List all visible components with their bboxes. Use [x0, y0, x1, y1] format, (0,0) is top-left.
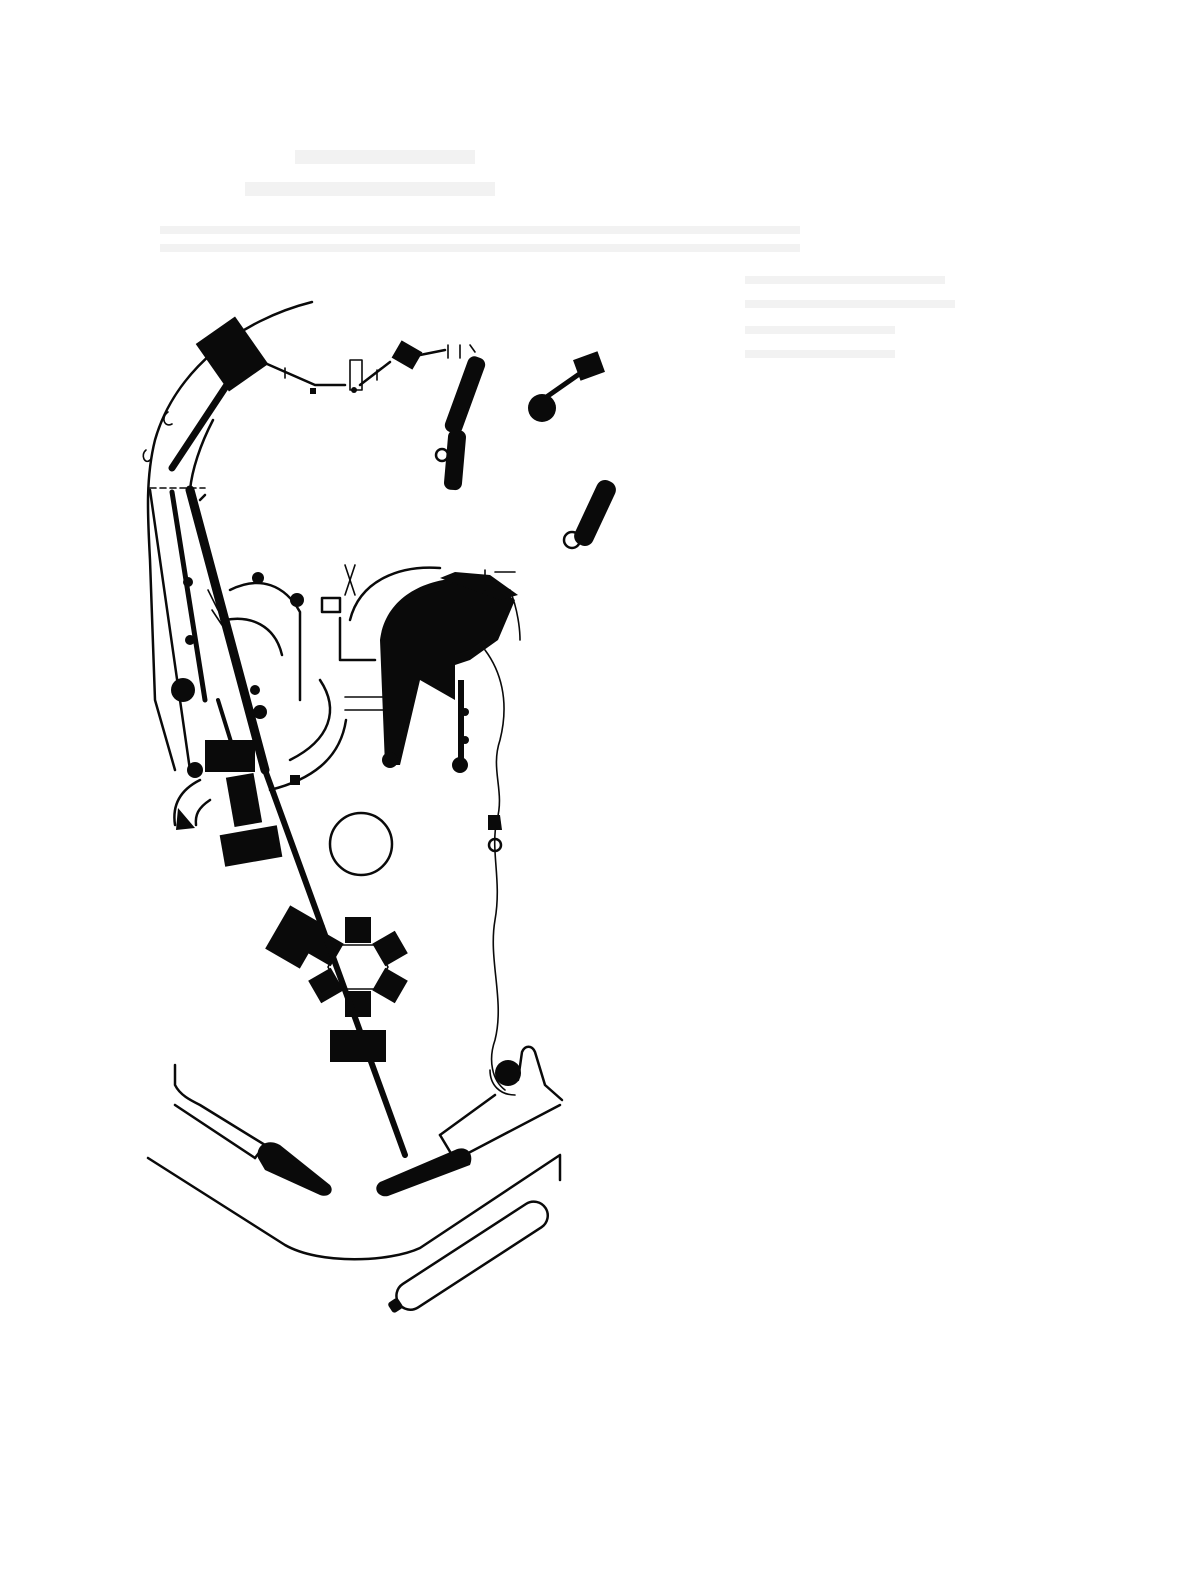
right-wireform: [485, 590, 520, 1090]
left-loop: [174, 572, 346, 867]
bleed-through-text: [160, 150, 955, 358]
upper-flippers: [436, 351, 619, 549]
pinball-playfield-diagram: [0, 0, 1198, 1582]
captive-disc: [330, 813, 392, 875]
center-ramp: [322, 565, 518, 773]
left-ramp: [150, 316, 268, 778]
upper-bumper: [528, 394, 556, 422]
left-flipper: [258, 1142, 332, 1196]
outlane-apron: [148, 1155, 560, 1259]
top-lanes: [258, 340, 475, 394]
right-flipper: [376, 1148, 471, 1196]
right-kickout: [490, 1047, 562, 1100]
